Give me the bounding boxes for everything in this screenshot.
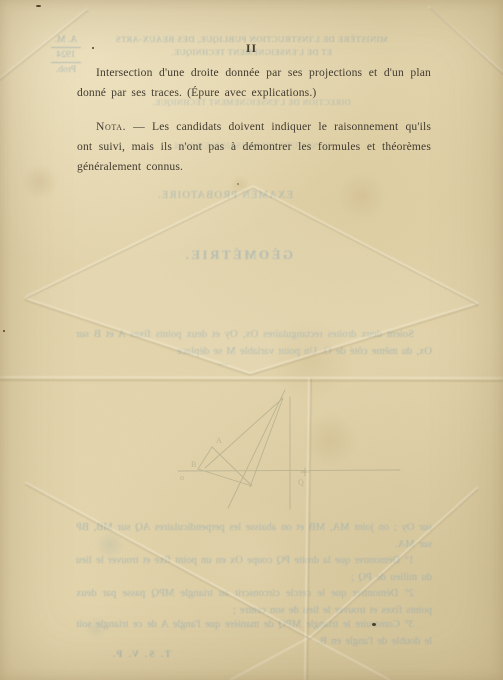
nota-label: Nota. [96,120,126,133]
scanned-exam-page: MINISTÈRE DE L'INSTRUCTION PUBLIQUE, DES… [0,0,503,680]
subject-paragraph: Intersection d'une droite donnée par ses… [77,63,431,103]
nota-text: — Les candidats doivent indiquer le rais… [77,120,431,173]
section-number: II [0,41,503,56]
paper-speck [92,47,94,49]
paper-speck [237,183,239,185]
nota-paragraph: Nota. — Les candidats doivent indiquer l… [77,117,431,177]
paper-speck [372,623,376,626]
paper-speck [36,5,41,7]
paper-speck [3,330,5,332]
recto-text-layer: II Intersection d'une droite donnée par … [0,0,503,680]
